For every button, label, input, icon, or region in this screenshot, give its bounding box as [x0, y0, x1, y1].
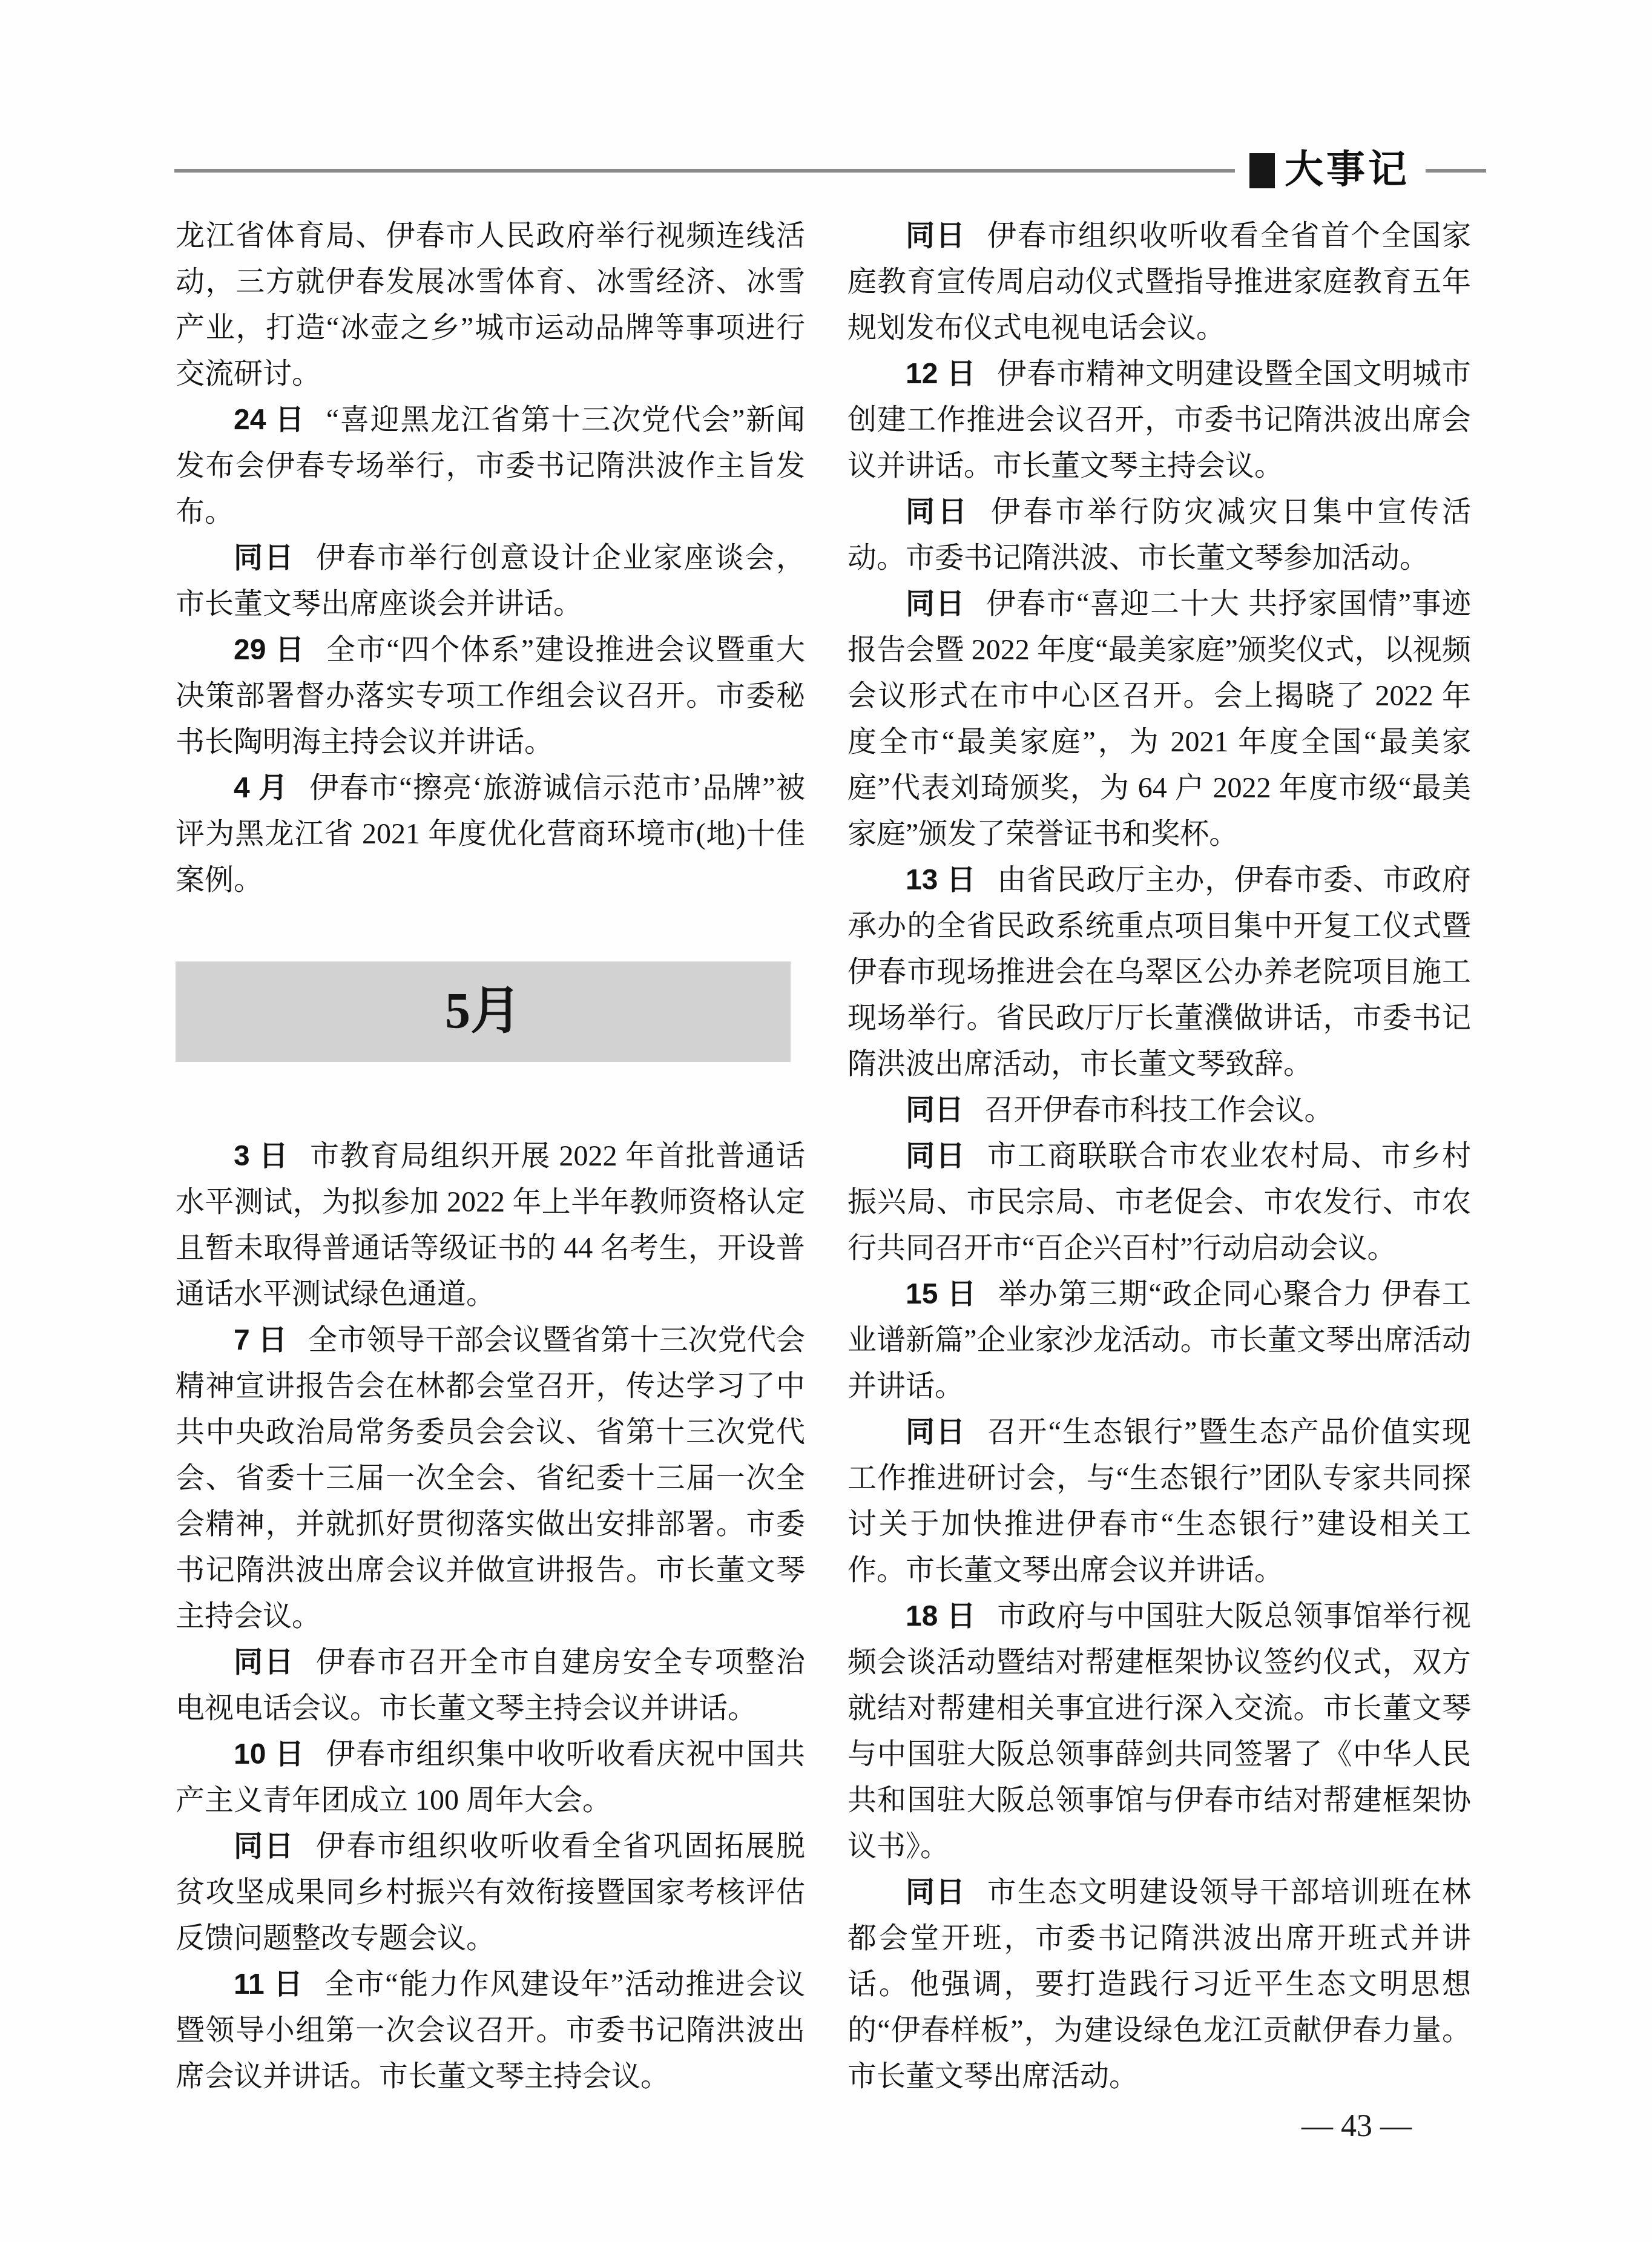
- chronicle-entry: 15 日举办第三期“政企同心聚合力 伊春工业谱新篇”企业家沙龙活动。市长董文琴出…: [847, 1271, 1471, 1409]
- date-marker: 同日: [906, 1876, 966, 1908]
- chronicle-entry: 同日召开伊春市科技工作会议。: [847, 1087, 1471, 1133]
- date-marker: 同日: [906, 496, 970, 528]
- date-marker: 同日: [234, 1646, 295, 1678]
- date-marker: 18 日: [906, 1600, 976, 1632]
- chronicle-entry: 3 日市教育局组织开展 2022 年首批普通话水平测试，为拟参加 2022 年上…: [176, 1133, 805, 1317]
- date-marker: 15 日: [906, 1278, 977, 1310]
- date-marker: 同日: [234, 542, 295, 574]
- date-marker: 4 月: [234, 772, 289, 804]
- date-marker: 24 日: [234, 404, 305, 436]
- entry-text: 市生态文明建设领导干部培训班在林都会堂开班，市委书记隋洪波出席开班式并讲话。他强…: [847, 1876, 1471, 2092]
- chronicle-entry: 24 日“喜迎黑龙江省第十三次党代会”新闻发布会伊春专场举行，市委书记隋洪波作主…: [176, 397, 805, 535]
- chronicle-entry: 同日伊春市组织收听收看全省首个全国家庭教育宣传周启动仪式暨指导推进家庭教育五年规…: [847, 213, 1471, 351]
- entry-text: 召开伊春市科技工作会议。: [985, 1094, 1334, 1126]
- entry-text: 伊春市“喜迎二十大 共抒家国情”事迹报告会暨 2022 年度“最美家庭”颁奖仪式…: [847, 588, 1471, 850]
- date-marker: 同日: [234, 1830, 295, 1862]
- chronicle-entry: 同日伊春市“喜迎二十大 共抒家国情”事迹报告会暨 2022 年度“最美家庭”颁奖…: [847, 581, 1471, 857]
- chronicle-entry: 13 日由省民政厅主办，伊春市委、市政府承办的全省民政系统重点项目集中开复工仪式…: [847, 857, 1471, 1087]
- chronicle-entry: 同日伊春市举行创意设计企业家座谈会，市长董文琴出席座谈会并讲话。: [176, 535, 805, 627]
- title-square-icon: [1249, 153, 1275, 188]
- date-marker: 12 日: [906, 358, 976, 390]
- entry-text: 由省民政厅主办，伊春市委、市政府承办的全省民政系统重点项目集中开复工仪式暨伊春市…: [847, 864, 1471, 1080]
- chronicle-entry: 11 日全市“能力作风建设年”活动推进会议暨领导小组第一次会议召开。市委书记隋洪…: [176, 1962, 805, 2100]
- chronicle-entry: 12 日伊春市精神文明建设暨全国文明城市创建工作推进会议召开，市委书记隋洪波出席…: [847, 351, 1471, 489]
- date-marker: 同日: [906, 1140, 966, 1172]
- chronicle-entry: 4 月伊春市“擦亮‘旅游诚信示范市’品牌”被评为黑龙江省 2021 年度优化营商…: [176, 765, 805, 903]
- header-rule-right: [1426, 169, 1486, 173]
- date-marker: 7 日: [234, 1324, 288, 1356]
- page: 大事记 龙江省体育局、伊春市人民政府举行视频连线活动，三方就伊春发展冰雪体育、冰…: [0, 0, 1652, 2242]
- chronicle-entry: 同日召开“生态银行”暨生态产品价值实现工作推进研讨会，与“生态银行”团队专家共同…: [847, 1409, 1471, 1594]
- chronicle-entry: 同日伊春市组织收听收看全省巩固拓展脱贫攻坚成果同乡村振兴有效衔接暨国家考核评估反…: [176, 1824, 805, 1962]
- chronicle-entry: 18 日市政府与中国驻大阪总领事馆举行视频会谈活动暨结对帮建框架协议签约仪式，双…: [847, 1594, 1471, 1870]
- month-banner: 5月: [176, 961, 791, 1062]
- date-marker: 10 日: [234, 1738, 305, 1770]
- date-marker: 同日: [906, 1416, 967, 1448]
- month-banner-label: 5月: [445, 986, 521, 1037]
- entry-text: 龙江省体育局、伊春市人民政府举行视频连线活动，三方就伊春发展冰雪体育、冰雪经济、…: [176, 220, 805, 390]
- chronicle-entry: 同日伊春市召开全市自建房安全专项整治电视电话会议。市长董文琴主持会议并讲话。: [176, 1640, 805, 1732]
- left-column-upper: 龙江省体育局、伊春市人民政府举行视频连线活动，三方就伊春发展冰雪体育、冰雪经济、…: [176, 213, 805, 903]
- chronicle-entry: 龙江省体育局、伊春市人民政府举行视频连线活动，三方就伊春发展冰雪体育、冰雪经济、…: [176, 213, 805, 397]
- date-marker: 13 日: [906, 864, 976, 896]
- date-marker: 同日: [906, 220, 966, 252]
- chronicle-entry: 29 日全市“四个体系”建设推进会议暨重大决策部署督办落实专项工作组会议召开。市…: [176, 627, 805, 765]
- chronicle-entry: 7 日全市领导干部会议暨省第十三次党代会精神宣讲报告会在林都会堂召开，传达学习了…: [176, 1317, 805, 1640]
- header-rule-left: [174, 169, 1235, 173]
- entry-text: 市政府与中国驻大阪总领事馆举行视频会谈活动暨结对帮建框架协议签约仪式，双方就结对…: [847, 1600, 1471, 1862]
- page-title: 大事记: [1285, 150, 1410, 192]
- left-column-lower: 3 日市教育局组织开展 2022 年首批普通话水平测试，为拟参加 2022 年上…: [176, 1133, 805, 2100]
- date-marker: 29 日: [234, 634, 305, 666]
- chronicle-entry: 同日市生态文明建设领导干部培训班在林都会堂开班，市委书记隋洪波出席开班式并讲话。…: [847, 1870, 1471, 2100]
- date-marker: 同日: [906, 588, 966, 620]
- chronicle-entry: 10 日伊春市组织集中收听收看庆祝中国共产主义青年团成立 100 周年大会。: [176, 1732, 805, 1824]
- date-marker: 11 日: [234, 1968, 304, 2000]
- page-header: 大事记: [174, 149, 1486, 193]
- page-number: — 43 —: [1302, 2108, 1483, 2144]
- chronicle-entry: 同日伊春市举行防灾减灾日集中宣传活动。市委书记隋洪波、市长董文琴参加活动。: [847, 489, 1471, 581]
- date-marker: 3 日: [234, 1140, 289, 1172]
- right-column: 同日伊春市组织收听收看全省首个全国家庭教育宣传周启动仪式暨指导推进家庭教育五年规…: [847, 213, 1471, 2100]
- entry-text: 全市领导干部会议暨省第十三次党代会精神宣讲报告会在林都会堂召开，传达学习了中共中…: [176, 1324, 805, 1632]
- date-marker: 同日: [906, 1094, 964, 1126]
- chronicle-entry: 同日市工商联联合市农业农村局、市乡村振兴局、市民宗局、市老促会、市农发行、市农行…: [847, 1133, 1471, 1271]
